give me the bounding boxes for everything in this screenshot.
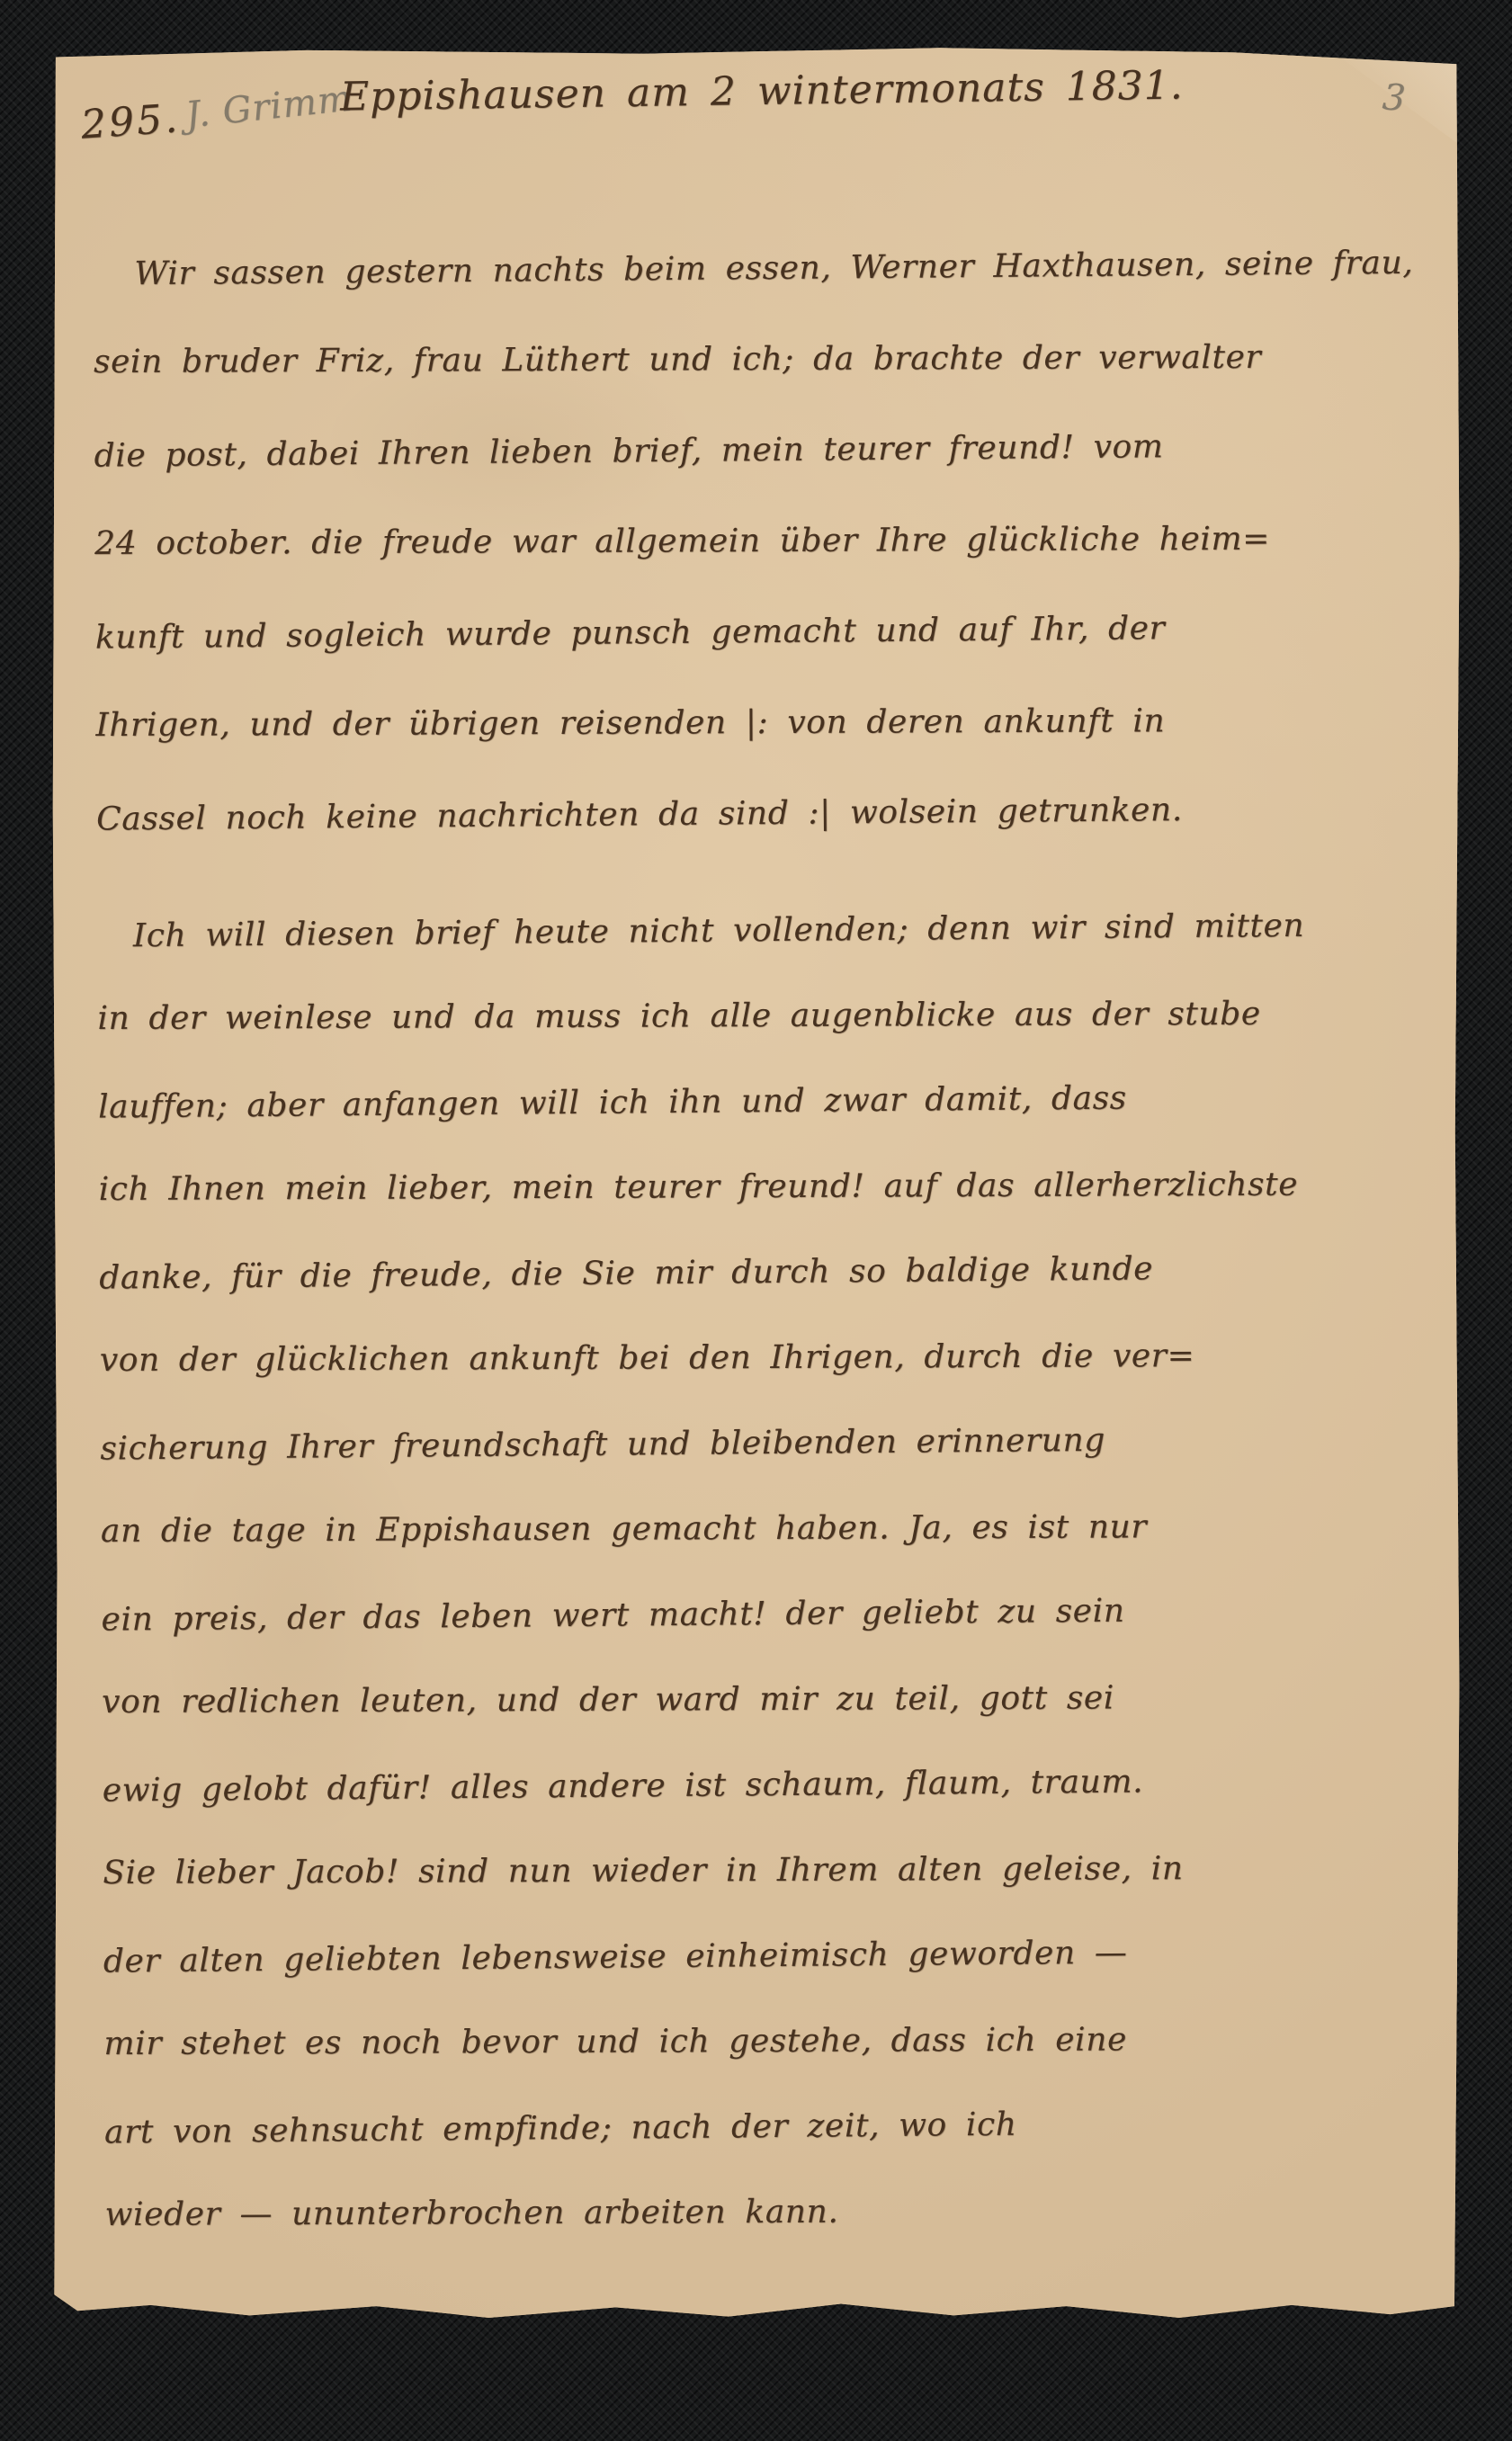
manuscript-line: art von sehnsucht empfinde; nach der zei… [104, 2078, 1456, 2175]
manuscript-line: sicherung Ihrer freundschaft und bleiben… [100, 1394, 1452, 1491]
manuscript-line: ein preis, der das leben wert macht! der… [101, 1565, 1453, 1662]
pencil-page-number: 3 [1381, 76, 1407, 120]
pencil-annotation-author: J. Grimm [183, 77, 354, 136]
letter-page: 295. J. Grimm Eppishausen am 2 wintermon… [52, 47, 1461, 2355]
scan-background: 295. J. Grimm Eppishausen am 2 wintermon… [0, 0, 1512, 2441]
manuscript-line: an die tage in Eppishausen gemacht haben… [101, 1483, 1452, 1574]
manuscript-line: mir stehet es noch bevor und ich gestehe… [103, 1996, 1454, 2087]
manuscript-line: die post, dabei Ihren lieben brief, mein… [94, 398, 1445, 501]
manuscript-line: Sie lieber Jacob! sind nun wieder in Ihr… [103, 1825, 1454, 1916]
manuscript-line: Ich will diesen brief heute nicht vollen… [97, 881, 1449, 979]
manuscript-line: Ihrigen, und der übrigen reisenden |: vo… [95, 675, 1446, 771]
manuscript-line: danke, für die freude, die Sie mir durch… [99, 1223, 1451, 1320]
dateline: Eppishausen am 2 wintermonats 1831. [340, 62, 1184, 120]
manuscript-line: ich Ihnen mein lieber, mein teurer freun… [98, 1141, 1449, 1232]
letter-body: Wir sassen gestern nachts beim essen, We… [93, 219, 1456, 2258]
manuscript-line: sein bruder Friz, frau Lüthert und ich; … [94, 311, 1445, 407]
manuscript-line: lauffen; aber anfangen will ich ihn und … [98, 1052, 1450, 1149]
manuscript-line: von der glücklichen ankunft bei den Ihri… [100, 1312, 1451, 1403]
manuscript-line: in der weinlese und da muss ich alle aug… [97, 970, 1448, 1061]
manuscript-line: wieder — ununterbrochen arbeiten kann. [104, 2167, 1455, 2258]
manuscript-line: von redlichen leuten, und der ward mir z… [102, 1654, 1453, 1745]
manuscript-line: Wir sassen gestern nachts beim essen, We… [93, 217, 1445, 319]
manuscript-line: ewig gelobt dafür! alles andere ist scha… [102, 1736, 1454, 1833]
manuscript-line: Cassel noch keine nachrichten da sind :|… [96, 762, 1448, 864]
paragraph-1: Wir sassen gestern nachts beim essen, We… [93, 219, 1447, 863]
catalog-number: 295. [79, 95, 181, 148]
manuscript-line: der alten geliebten lebensweise einheimi… [103, 1907, 1454, 2004]
manuscript-line: kunft und sogleich wurde punsch gemacht … [94, 580, 1446, 683]
manuscript-line: 24 october. die freude war allgemein übe… [94, 493, 1445, 589]
paragraph-2: Ich will diesen brief heute nicht vollen… [97, 883, 1456, 2258]
